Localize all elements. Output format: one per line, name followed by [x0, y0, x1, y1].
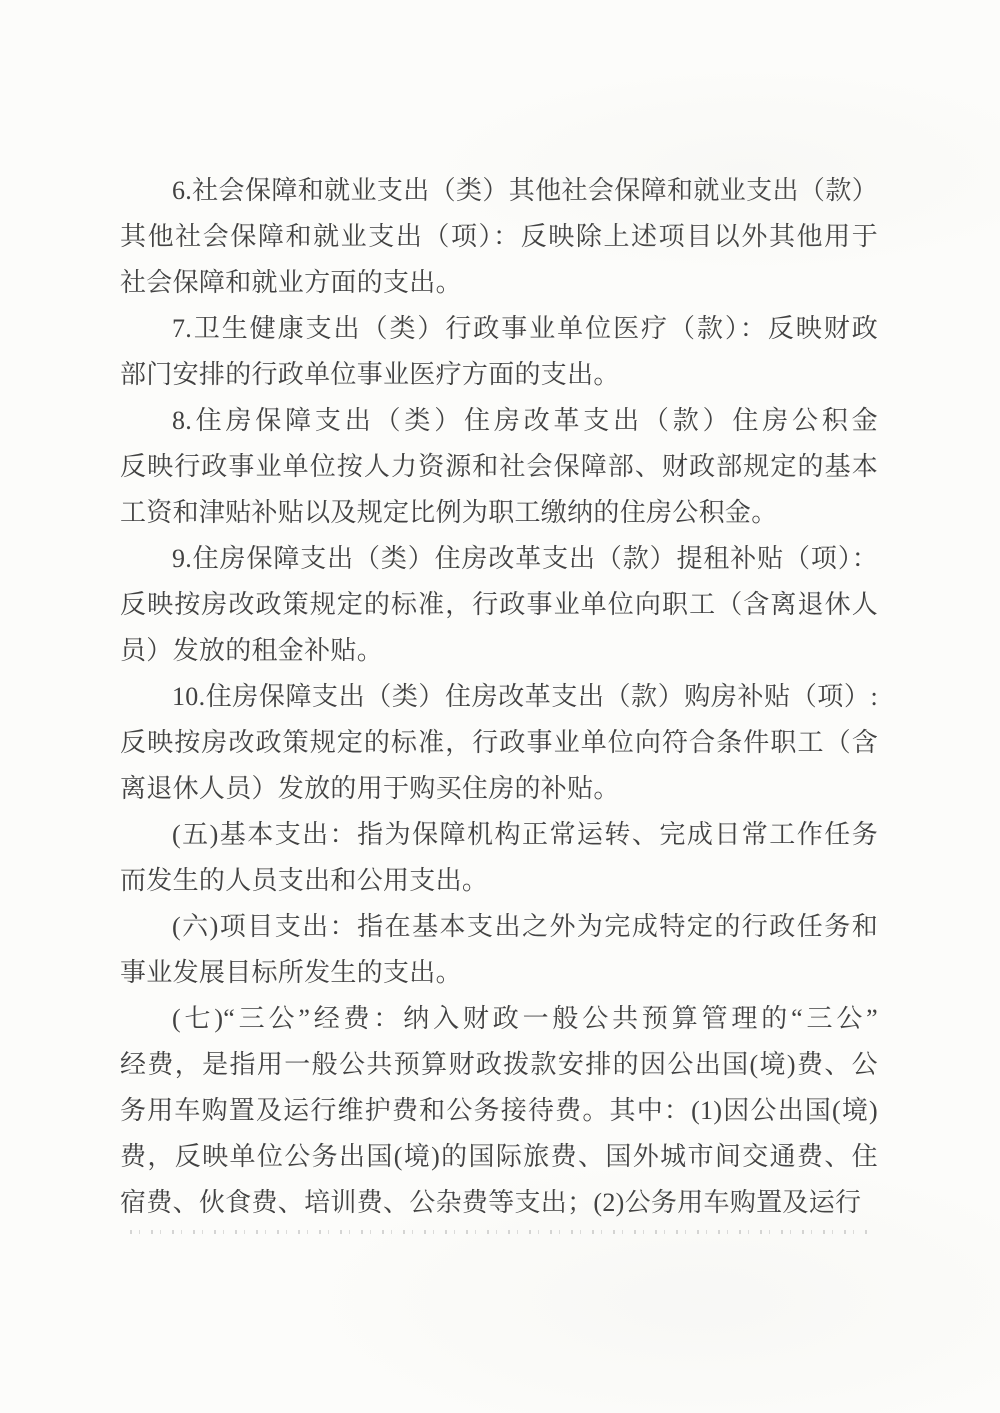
text-line: 事业发展目标所发生的支出。: [120, 950, 878, 996]
paragraph: 9.住房保障支出（类）住房改革支出（款）提租补贴（项）：反映按房改政策规定的标准…: [120, 536, 878, 674]
text-line: 离退休人员）发放的用于购买住房的补贴。: [120, 766, 878, 812]
document-body: 6.社会保障和就业支出（类）其他社会保障和就业支出（款）其他社会保障和就业支出（…: [120, 168, 878, 1226]
text-line: 经费，是指用一般公共预算财政拨款安排的因公出国(境)费、公: [120, 1042, 878, 1088]
text-line: (五)基本支出：指为保障机构正常运转、完成日常工作任务: [120, 812, 878, 858]
text-line: 9.住房保障支出（类）住房改革支出（款）提租补贴（项）：: [120, 536, 878, 582]
text-line: 8.住房保障支出（类）住房改革支出（款）住房公积金（项）:: [120, 398, 878, 444]
text-line: 工资和津贴补贴以及规定比例为职工缴纳的住房公积金。: [120, 490, 878, 536]
paragraph: (六)项目支出：指在基本支出之外为完成特定的行政任务和事业发展目标所发生的支出。: [120, 904, 878, 996]
document-page: 6.社会保障和就业支出（类）其他社会保障和就业支出（款）其他社会保障和就业支出（…: [0, 0, 1000, 1413]
text-line: 7.卫生健康支出（类）行政事业单位医疗（款）：反映财政: [120, 306, 878, 352]
text-line: 其他社会保障和就业支出（项）：反映除上述项目以外其他用于: [120, 214, 878, 260]
text-line: 务用车购置及运行维护费和公务接待费。其中：(1)因公出国(境): [120, 1088, 878, 1134]
scan-cutoff-line-artifact: [130, 1230, 872, 1234]
text-line: 员）发放的租金补贴。: [120, 628, 878, 674]
text-line: (七)“三公”经费：纳入财政一般公共预算管理的“三公”: [120, 996, 878, 1042]
paragraph: 6.社会保障和就业支出（类）其他社会保障和就业支出（款）其他社会保障和就业支出（…: [120, 168, 878, 306]
text-line: 反映行政事业单位按人力资源和社会保障部、财政部规定的基本: [120, 444, 878, 490]
paragraph: 7.卫生健康支出（类）行政事业单位医疗（款）：反映财政部门安排的行政单位事业医疗…: [120, 306, 878, 398]
text-line: 宿费、伙食费、培训费、公杂费等支出；(2)公务用车购置及运行: [120, 1180, 878, 1226]
text-line: (六)项目支出：指在基本支出之外为完成特定的行政任务和: [120, 904, 878, 950]
text-line: 社会保障和就业方面的支出。: [120, 260, 878, 306]
text-line: 费，反映单位公务出国(境)的国际旅费、国外城市间交通费、住: [120, 1134, 878, 1180]
text-line: 6.社会保障和就业支出（类）其他社会保障和就业支出（款）: [120, 168, 878, 214]
paragraph: 8.住房保障支出（类）住房改革支出（款）住房公积金（项）:反映行政事业单位按人力…: [120, 398, 878, 536]
paragraph: (七)“三公”经费：纳入财政一般公共预算管理的“三公”经费，是指用一般公共预算财…: [120, 996, 878, 1226]
text-line: 而发生的人员支出和公用支出。: [120, 858, 878, 904]
paragraph: 10.住房保障支出（类）住房改革支出（款）购房补贴（项）:反映按房改政策规定的标…: [120, 674, 878, 812]
text-line: 反映按房改政策规定的标准，行政事业单位向职工（含离退休人: [120, 582, 878, 628]
paragraph: (五)基本支出：指为保障机构正常运转、完成日常工作任务而发生的人员支出和公用支出…: [120, 812, 878, 904]
text-line: 部门安排的行政单位事业医疗方面的支出。: [120, 352, 878, 398]
text-line: 反映按房改政策规定的标准，行政事业单位向符合条件职工（含: [120, 720, 878, 766]
text-line: 10.住房保障支出（类）住房改革支出（款）购房补贴（项）:: [120, 674, 878, 720]
